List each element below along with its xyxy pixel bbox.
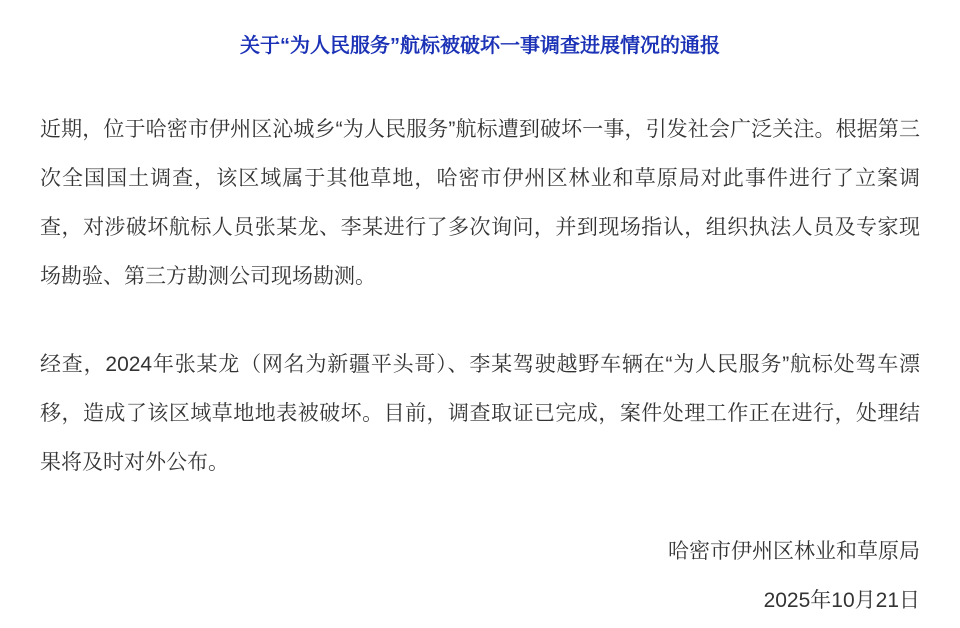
notice-paragraph-2: 经查，2024年张某龙（网名为新疆平头哥）、李某驾驶越野车辆在“为人民服务”航标… xyxy=(40,340,920,487)
signature-block: 哈密市伊州区林业和草原局 2025年10月21日 xyxy=(40,527,920,625)
notice-title: 关于“为人民服务”航标被破坏一事调查进展情况的通报 xyxy=(40,33,920,59)
notice-paragraph-1: 近期，位于哈密市伊州区沁城乡“为人民服务”航标遭到破坏一事，引发社会广泛关注。根… xyxy=(40,105,920,301)
issuer-signature: 哈密市伊州区林业和草原局 xyxy=(40,527,920,576)
notice-document: 关于“为人民服务”航标被破坏一事调查进展情况的通报 近期，位于哈密市伊州区沁城乡… xyxy=(0,0,960,628)
issue-date: 2025年10月21日 xyxy=(40,576,920,625)
